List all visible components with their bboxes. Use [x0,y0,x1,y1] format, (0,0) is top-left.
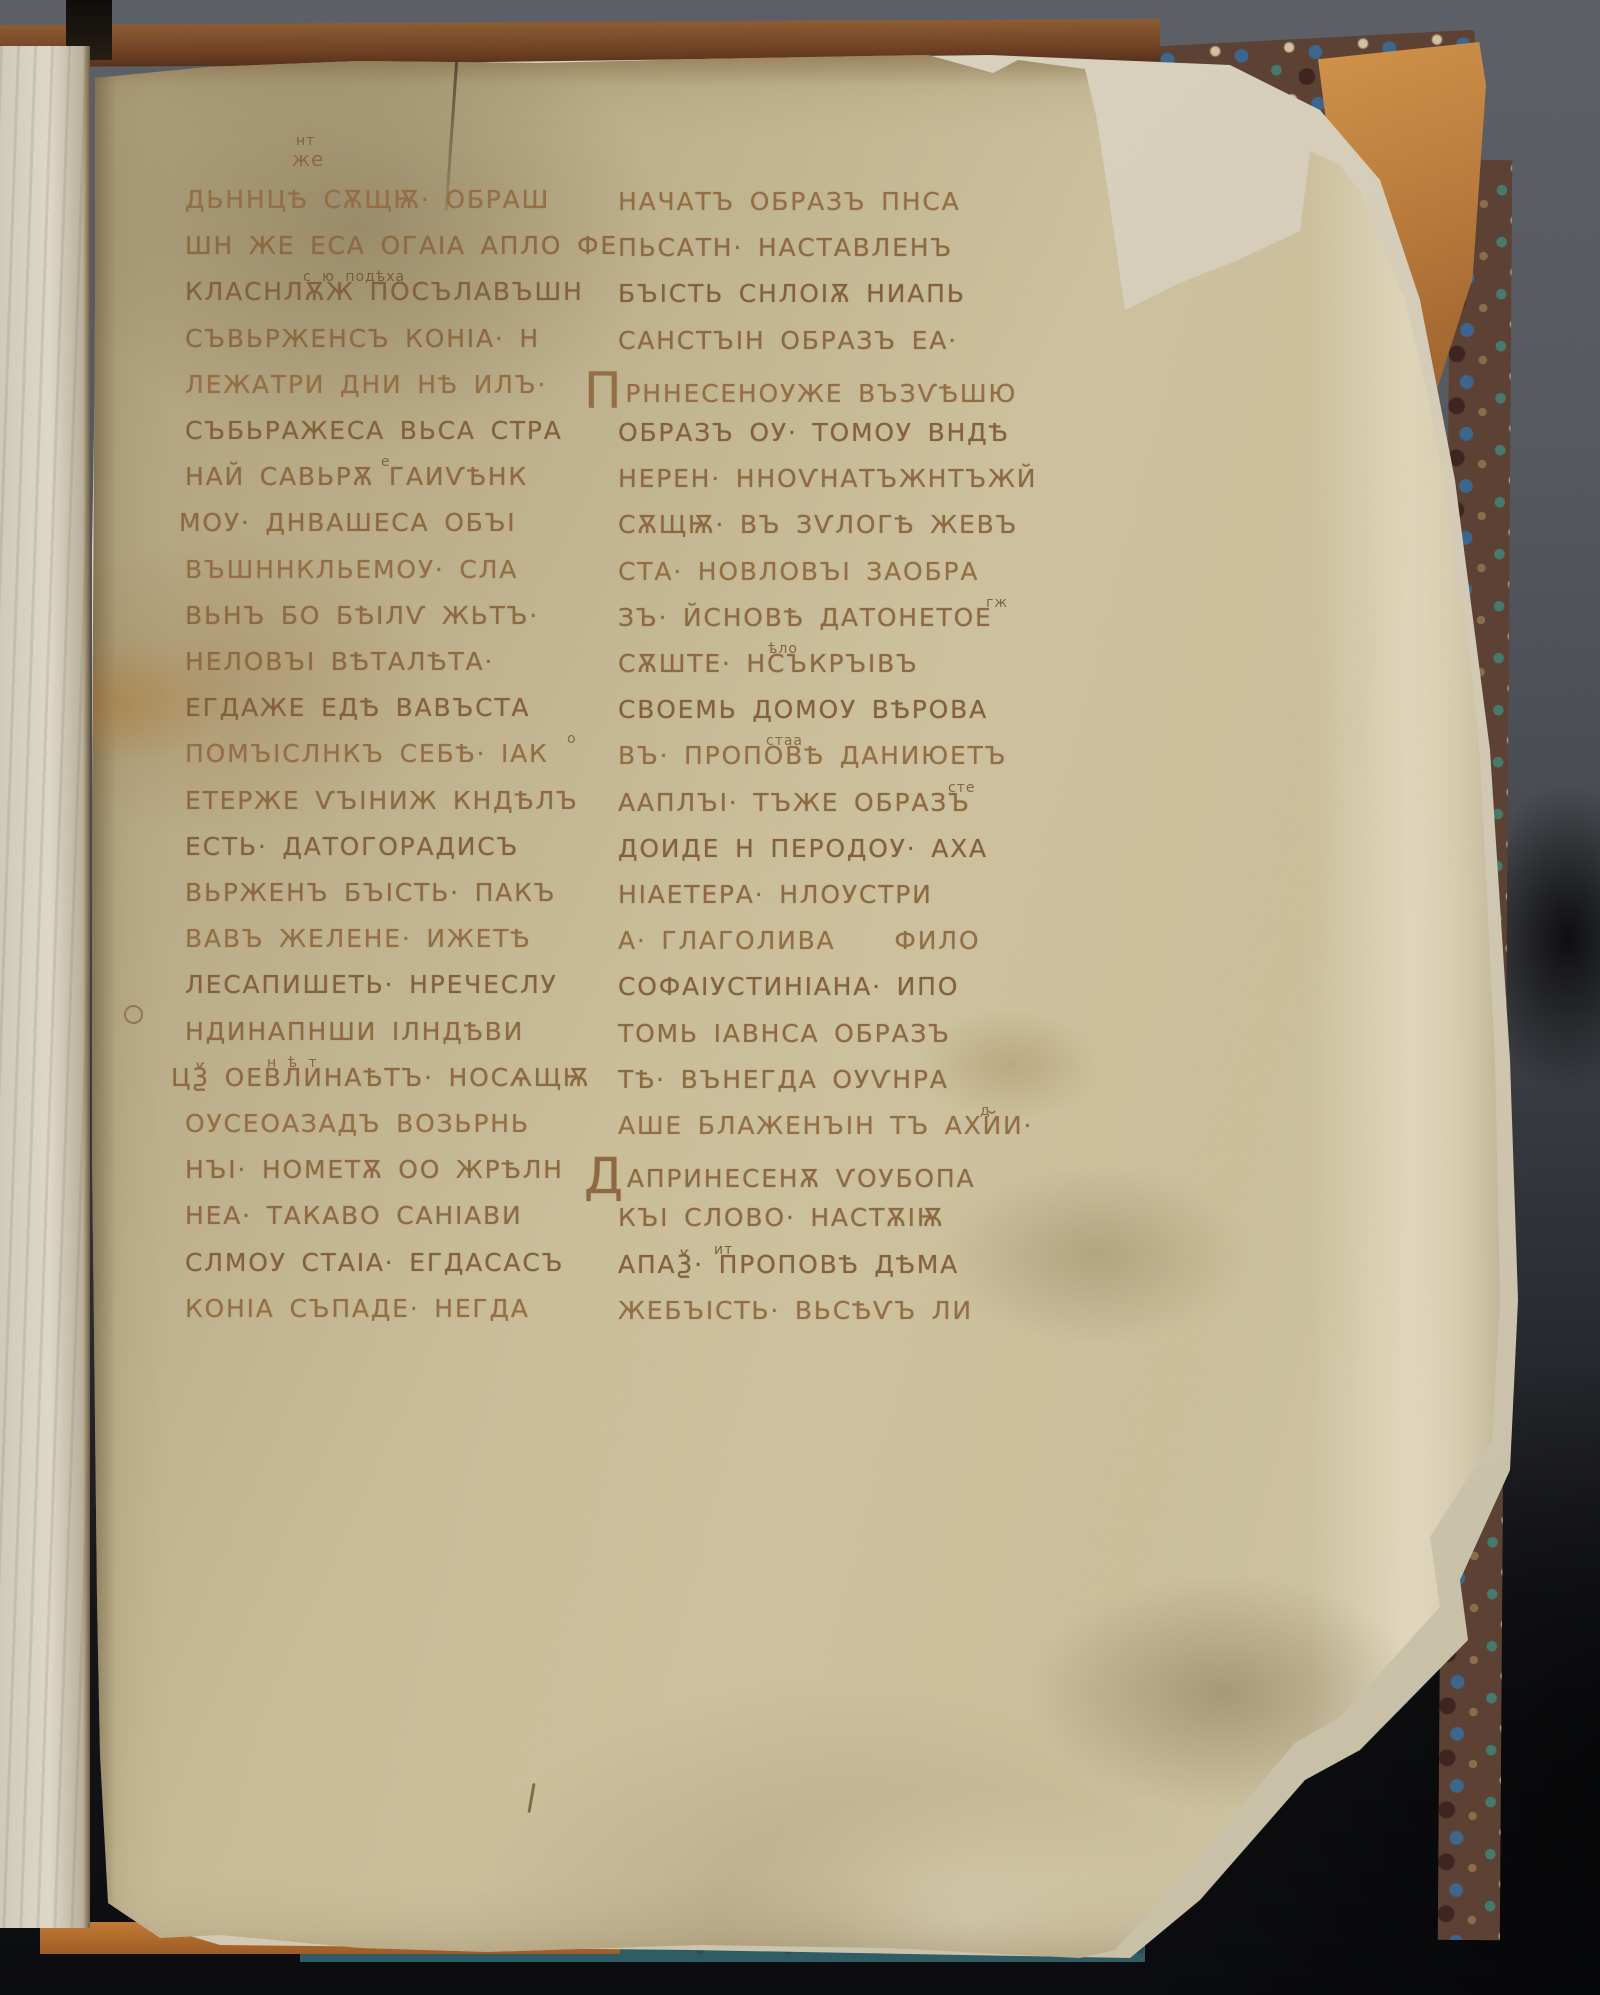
superscript-abbrev: ѣло [768,634,798,664]
text-line: ВЪШННКЛЬЕМОУ· СЛА [185,555,518,585]
superscript-abbrev: гж [986,588,1008,618]
manuscript-photo: же нт ДЬННЦѢ СѪЩѬ· ОБРАШШН ЖЕ ЕСА ОГАІА … [0,0,1600,1995]
text-line: НДИНАПНШИ ІЛНДѢВИ [185,1017,524,1047]
text-line: ЕСТЬ· ДАТОГОРАДИСЪ [185,832,519,862]
text-line: ДЬННЦѢ СѪЩѬ· ОБРАШ [185,185,550,215]
text-line: КЛАСНЛѪЖ ПОСЪЛАВЪШНс ю подѣха [185,277,584,307]
text-line: ЖЕБЪІСТЬ· ВЬСѢѴЪ ЛИ [618,1296,973,1326]
margin-mark [124,1005,143,1024]
text-line: ЦѮ ОЕВЛИНАѢТЪ· НОСѦЩѬн ѣ т [171,1063,590,1093]
text-line: ЛЕЖАТРИ ДНИ НѢ ИЛЪ· [185,370,547,400]
superscript-abbrev: ит [714,1235,733,1265]
text-line: ПЬСАТН· НАСТАВЛЕНЪ [618,233,953,263]
decorated-initial: П [584,362,623,420]
text-line: ЗЪ· ЙСНОВѢ ДАТОНЕТОЕгж [618,603,993,633]
text-line: СТА· НОВЛОВЪІ ЗАОБРА [618,557,979,587]
text-line: ААПЛЪІ· ТЪЖЕ ОБРАЗЪсте [618,788,971,818]
text-line: ЕТЕРЖЕ ѴЪІНИЖ КНДѢЛЪ [185,786,579,816]
interlinear-note-text: же [292,147,324,171]
text-line: ПРННЕСЕНОУЖЕ ВЪЗѴѢШЮ [618,372,1017,409]
text-line: СЛМОУ СТАІА· ЕГДАСАСЪ [185,1248,564,1278]
text-line: АПАѮ· ПРОПОВѢ ДѢМАит [618,1250,959,1280]
text-line: ВЪ· ПРОПОВѢ ДАНИЮЕТЪстаа [618,741,1007,771]
text-line: ОБРАЗЪ ОУ· ТОМОУ ВНДѢ [618,418,1010,448]
text-line: СѪШТЕ· НСЪКРЪІВЪѣло [618,649,919,679]
text-line: НЪІ· НОМЕТѪ ОО ЖРѢЛН [185,1155,564,1185]
text-line: МОУ· ДНВАШЕСА ОБЪІ [179,508,516,538]
text-line: СѪЩѬ· ВЪ ЗѴЛОГѢ ЖЕВЪ [618,510,1018,540]
text-line: НАЧАТЪ ОБРАЗЪ ПНСА [618,187,961,217]
superscript-abbrev: е [381,447,391,477]
text-line: ШН ЖЕ ЕСА ОГАІА АПЛО ФЕ [185,231,618,261]
superscript-abbrev: о [567,724,577,754]
text-line: ТОМЬ ІАВНСА ОБРАЗЪ [618,1019,951,1049]
text-line: НЕА· ТАКАВО САНІАВИ [185,1201,522,1231]
text-line: ДОИДЕ Н ПЕРОДОУ· АХА [618,834,988,864]
superscript-abbrev: с ю подѣха [303,262,405,292]
text-line: ВЬНЪ БО БѢІЛѴ ЖЬТЪ· [185,601,539,631]
pen-mark [527,1783,535,1813]
text-line: КЪІ СЛОВО· НАСТѪІѬ [618,1203,944,1233]
text-line: НАЙ САВЬРѪ ГАИѴѢНКе [185,462,528,492]
flyleaf-page-left [0,46,90,1928]
superscript-abbrev: сте [948,773,975,803]
text-line: СЪБЬРАЖЕСА ВЬСА СТРА [185,416,563,446]
text-line: СОФАІУСТИНІАНА· ИПО [618,972,959,1002]
superscript-abbrev: стаа [766,726,803,756]
text-line: ОУСЕОАЗАДЪ ВОЗЬРНЬ [185,1109,530,1139]
interlinear-note: же нт [292,147,324,171]
interlinear-note-superscript: нт [296,133,315,149]
text-line: ЕГДАЖЕ ЕДѢ ВАВЪСТА [185,693,530,723]
text-line: ВЬРЖЕНЪ БЪІСТЬ· ПАКЪ [185,878,556,908]
text-line: ДАПРИНЕСЕНѪ ѴОУБОПА [618,1157,975,1194]
superscript-abbrev: н ѣ т [267,1048,318,1078]
text-line: БЪІСТЬ СНЛОІѪ НИАПЬ [618,279,966,309]
text-line: ПОМЪІСЛНКЪ СЕБѢ· ІАКо [185,739,549,769]
text-line: СЪВЬРЖЕНСЪ КОНІА· Н [185,324,540,354]
text-line: САНСТЪІН ОБРАЗЪ ЕА· [618,326,958,356]
text-line: ТѢ· ВЪНЕГДА ОУѴНРА [618,1065,949,1095]
text-line: НЕРЕН· ННОѴНАТЪЖНТЪЖЙ [618,464,1037,494]
text-line: СВОЕМЬ ДОМОУ ВѢРОВА [618,695,988,725]
text-line: А· ГЛАГОЛИВА ФИЛО [618,926,980,956]
text-line: НІАЕТЕРА· НЛОУСТРИ [618,880,933,910]
decorated-initial: Д [584,1147,625,1205]
text-line: НЕЛОВЪІ ВѢТАЛѢТА· [185,647,494,677]
text-line: ВАВЪ ЖЕЛЕНЕ· ИЖЕТѢ [185,924,531,954]
text-line: АШЕ БЛАЖЕНЪІН ТЪ АХЙИ·д [618,1111,1033,1141]
text-line: ЛЕСАПИШЕТЬ· НРЕЧЕСЛУ [185,970,558,1000]
superscript-abbrev: д [980,1096,991,1126]
text-line: КОНІА СЪПАДЕ· НЕГДА [185,1294,530,1324]
parchment-leaf: же нт ДЬННЦѢ СѪЩѬ· ОБРАШШН ЖЕ ЕСА ОГАІА … [88,55,1508,1960]
